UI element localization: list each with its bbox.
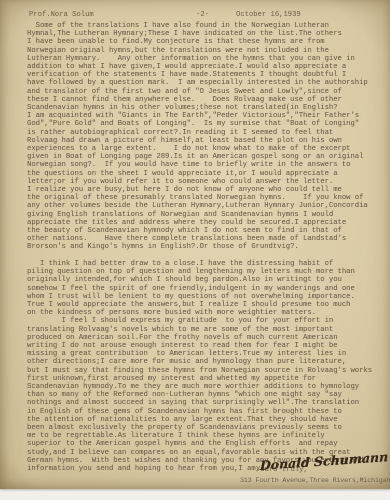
letter-date: October 16,1939 — [236, 11, 301, 19]
letter-page: Prof.Nora Solum -2- October 16,1939 Some… — [0, 0, 390, 489]
recipient-name: Prof.Nora Solum — [29, 11, 94, 19]
letter-body-text: Some of the translations I have also fou… — [27, 22, 383, 473]
letter-header: Prof.Nora Solum -2- October 16,1939 — [0, 11, 390, 21]
page-number: -2- — [196, 11, 209, 19]
sender-address: 313 Fourth Avenue,Three Rivers,Michigan — [240, 477, 390, 484]
